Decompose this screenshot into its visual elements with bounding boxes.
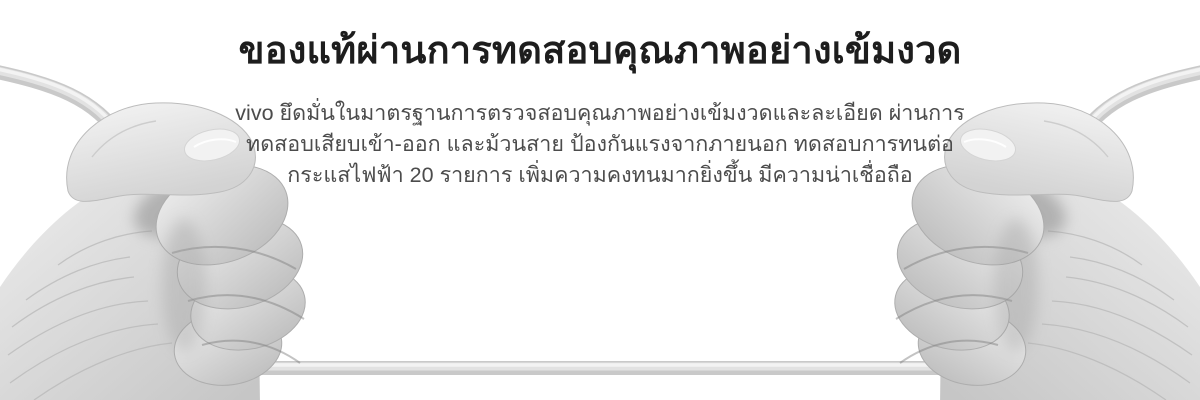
hero-copy: ของแท้ผ่านการทดสอบคุณภาพอย่างเข้มงวด viv… [0,28,1200,191]
hero-banner: ของแท้ผ่านการทดสอบคุณภาพอย่างเข้มงวด viv… [0,0,1200,400]
description-line-3: กระแสไฟฟ้า 20 รายการ เพิ่มความคงทนมากยิ่… [0,160,1200,191]
description-line-1: vivo ยึดมั่นในมาตรฐานการตรวจสอบคุณภาพอย่… [0,98,1200,129]
description-line-2: ทดสอบเสียบเข้า-ออก และม้วนสาย ป้องกันแรง… [0,129,1200,160]
section-title: ของแท้ผ่านการทดสอบคุณภาพอย่างเข้มงวด [0,28,1200,74]
